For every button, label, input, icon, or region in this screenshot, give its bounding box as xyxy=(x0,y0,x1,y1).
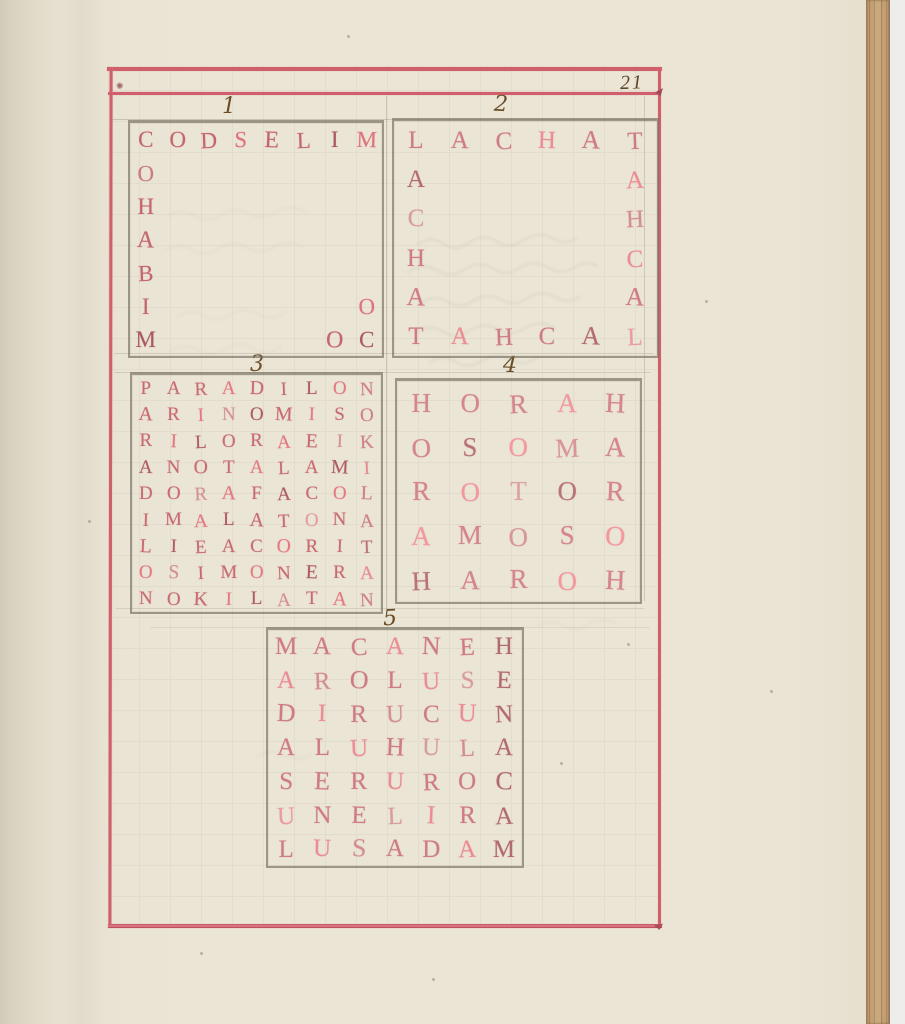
grid-cell: R xyxy=(304,664,342,699)
grid-cell: H xyxy=(525,120,570,160)
grid-cell: I xyxy=(319,123,351,156)
grid-cell: M xyxy=(130,323,162,356)
grid-cell: N xyxy=(132,586,160,612)
grid-cell xyxy=(256,323,288,356)
grid-cell: A xyxy=(187,507,216,534)
grid-cell: T xyxy=(215,454,243,480)
grid-cell xyxy=(286,222,320,258)
grid-cell: A xyxy=(589,423,641,471)
grid-cell: H xyxy=(589,379,641,427)
grid-cell: R xyxy=(397,469,446,513)
grid-cell: A xyxy=(270,481,299,508)
grid-cell: O xyxy=(161,123,193,157)
grid-cell: A xyxy=(392,276,439,319)
grid-cell: R xyxy=(493,381,543,427)
grid-cell xyxy=(481,278,526,319)
grid-cell: O xyxy=(350,290,383,324)
grid-cell: A xyxy=(215,533,243,560)
grid-cell: L xyxy=(287,123,320,157)
page-number: 21 xyxy=(600,71,645,96)
grid-cell: S xyxy=(326,401,354,427)
grid-cell: I xyxy=(215,585,243,612)
grid-cell: E xyxy=(303,763,342,800)
grid-cell: A xyxy=(131,400,161,429)
grid-cell xyxy=(481,160,526,201)
scan-background-margin xyxy=(890,0,905,1024)
grid-cell: C xyxy=(481,121,526,162)
grid-cell xyxy=(161,190,194,224)
magic-square-4: HORAHOSOMAROTORAMOSOHAROH xyxy=(395,378,642,604)
grid-cell: F xyxy=(243,480,271,506)
grid-cell: A xyxy=(242,506,272,535)
grid-cell: O xyxy=(493,514,543,560)
grid-cell xyxy=(350,222,382,256)
grid-cell: O xyxy=(445,469,495,515)
grid-cell: R xyxy=(589,467,641,515)
grid-cell: O xyxy=(159,585,187,612)
grid-cell: O xyxy=(396,425,446,471)
grid-cell: L xyxy=(394,121,438,160)
grid-cell xyxy=(192,255,226,291)
grid-cell: A xyxy=(376,832,413,867)
grid-cell: I xyxy=(187,402,216,429)
grid-cell: L xyxy=(352,479,382,508)
grid-cell: H xyxy=(396,558,446,604)
grid-cell: R xyxy=(243,428,271,454)
grid-cell: O xyxy=(186,453,216,482)
grid-cell: C xyxy=(340,630,378,665)
grid-cell xyxy=(481,239,526,280)
grid-cell: S xyxy=(268,765,304,799)
grid-cell xyxy=(161,222,193,256)
grid-cell: N xyxy=(304,799,340,833)
grid-cell: N xyxy=(353,375,382,402)
grid-cell: A xyxy=(129,222,163,258)
grid-cell: N xyxy=(412,629,451,666)
grid-cell: A xyxy=(376,629,413,664)
paper-speck xyxy=(432,978,435,981)
grid-cell: P xyxy=(132,375,160,401)
grid-cell: U xyxy=(448,696,487,733)
grid-cell: U xyxy=(376,698,414,733)
grid-cell: C xyxy=(413,697,449,731)
grid-cell: D xyxy=(132,480,160,506)
paper-speck xyxy=(705,300,708,303)
grid-cell: R xyxy=(413,765,451,800)
grid-cell: U xyxy=(304,832,341,867)
grid-cell: O xyxy=(589,512,641,560)
grid-cell: S xyxy=(339,831,378,868)
grid-cell: T xyxy=(612,121,657,162)
grid-cell: R xyxy=(341,697,377,731)
grid-cell: H xyxy=(397,381,446,425)
magic-square-5: MACANEHAROLUSEDIRUCUNALUHULASERUROCUNELI… xyxy=(266,627,524,868)
paper-speck xyxy=(560,762,563,765)
grid-cell: M xyxy=(446,514,495,558)
grid-cell: C xyxy=(612,239,657,280)
pencil-guideline xyxy=(386,96,387,618)
grid-cell xyxy=(318,155,352,191)
grid-cell: T xyxy=(353,533,382,560)
grid-cell: E xyxy=(340,798,377,833)
grid-cell xyxy=(192,323,225,357)
grid-cell: O xyxy=(269,532,299,561)
grid-cell: U xyxy=(340,731,378,766)
frame-bottom-rule xyxy=(108,924,662,928)
grid-cell: M xyxy=(350,123,382,157)
grid-cell: D xyxy=(192,123,225,157)
grid-cell xyxy=(524,158,571,201)
grid-cell: O xyxy=(325,375,353,402)
grid-cell xyxy=(350,156,382,190)
grid-cell xyxy=(224,322,256,356)
grid-cell: E xyxy=(449,630,487,665)
paper-speck xyxy=(200,952,203,955)
grid-cell: R xyxy=(341,765,377,799)
grid-cell: K xyxy=(186,585,216,614)
grid-cell xyxy=(319,289,351,322)
grid-cell: I xyxy=(130,289,162,322)
grid-cell: T xyxy=(494,469,543,513)
paper-speck xyxy=(627,643,630,646)
book-fore-edge xyxy=(866,0,890,1024)
grid-cell xyxy=(160,321,194,357)
grid-cell: O xyxy=(353,402,382,429)
grid-cell xyxy=(287,156,319,190)
manuscript-page: ✺ 21 1 2 3 4 5 CODSELIMOHABIOMOC LACHATA… xyxy=(0,0,868,1024)
grid-cell: A xyxy=(268,663,305,698)
pen-flick-mark: ✺ xyxy=(116,83,122,89)
grid-cell: I xyxy=(325,427,353,454)
grid-cell xyxy=(224,157,257,191)
grid-cell: O xyxy=(132,559,160,586)
grid-cell xyxy=(223,188,257,224)
grid-cell: C xyxy=(350,322,382,356)
grid-cell: I xyxy=(159,533,187,560)
grid-cell xyxy=(193,289,225,322)
grid-cell xyxy=(287,189,319,223)
grid-cell xyxy=(255,288,289,324)
grid-cell: H xyxy=(375,730,414,767)
grid-cell: A xyxy=(542,380,592,426)
grid-cell: I xyxy=(298,401,326,428)
grid-cell: O xyxy=(318,321,352,357)
grid-cell xyxy=(525,277,570,317)
grid-cell: L xyxy=(131,532,161,561)
grid-cell: E xyxy=(297,427,327,456)
grid-cell: S xyxy=(159,558,189,587)
grid-cell: A xyxy=(394,160,438,199)
figure-label-1: 1 xyxy=(222,94,236,119)
paper-speck xyxy=(770,690,773,693)
grid-cell: A xyxy=(396,513,446,559)
grid-cell: O xyxy=(242,401,270,428)
grid-cell: H xyxy=(486,630,522,664)
grid-cell: M xyxy=(268,630,304,664)
grid-cell: K xyxy=(353,428,382,455)
grid-cell: E xyxy=(255,122,289,158)
grid-cell: L xyxy=(376,799,414,834)
grid-cell: I xyxy=(132,506,160,533)
grid-cell: E xyxy=(297,558,327,587)
grid-cell: R xyxy=(132,428,160,454)
grid-cell: R xyxy=(187,481,216,508)
grid-cell: A xyxy=(568,315,615,358)
grid-cell: O xyxy=(325,480,353,507)
grid-cell: L xyxy=(377,664,413,698)
grid-cell: L xyxy=(243,586,271,612)
magic-square-3: PARADILONARINOMISORILORAEIKANOTALAMIDORA… xyxy=(130,372,383,614)
grid-cell: O xyxy=(449,764,486,799)
grid-cell xyxy=(569,199,613,238)
grid-cell: H xyxy=(130,190,162,223)
grid-cell: R xyxy=(298,533,326,559)
grid-cell: U xyxy=(267,799,305,834)
grid-cell: M xyxy=(486,832,522,866)
grid-cell: A xyxy=(242,454,270,481)
grid-cell: S xyxy=(224,123,256,157)
grid-cell xyxy=(287,323,320,357)
grid-cell: L xyxy=(449,731,487,766)
grid-cell: A xyxy=(268,731,305,766)
grid-cell: O xyxy=(215,427,243,454)
grid-cell: A xyxy=(485,799,523,834)
grid-cell: M xyxy=(542,425,592,471)
grid-cell: I xyxy=(187,560,216,587)
grid-cell xyxy=(287,289,319,323)
grid-cell: N xyxy=(160,454,188,480)
grid-cell: M xyxy=(160,507,188,533)
grid-cell: H xyxy=(589,556,641,604)
grid-cell: A xyxy=(215,375,243,402)
grid-cell: O xyxy=(129,157,162,191)
grid-cell: I xyxy=(412,797,451,834)
grid-cell: L xyxy=(612,317,657,358)
grid-cell xyxy=(319,190,351,223)
paper-speck xyxy=(88,520,91,523)
grid-cell: E xyxy=(485,663,522,698)
grid-cell xyxy=(436,237,483,280)
grid-cell xyxy=(161,290,194,324)
grid-cell: A xyxy=(214,479,244,508)
grid-cell: S xyxy=(543,514,592,558)
grid-cell: A xyxy=(437,316,482,356)
grid-cell: L xyxy=(304,731,340,765)
grid-cell: N xyxy=(353,586,382,613)
grid-cell: I xyxy=(159,427,189,456)
grid-cell: A xyxy=(485,731,522,766)
grid-cell xyxy=(224,289,256,323)
grid-cell xyxy=(256,156,288,189)
grid-cell: C xyxy=(484,763,523,800)
grid-cell xyxy=(437,199,482,239)
grid-cell: H xyxy=(394,239,438,278)
grid-cell: A xyxy=(437,120,482,160)
grid-cell xyxy=(224,222,256,256)
grid-cell: A xyxy=(353,507,382,534)
grid-cell: T xyxy=(270,507,299,534)
grid-cell: O xyxy=(542,469,592,515)
grid-cell: H xyxy=(481,317,526,358)
grid-cell: C xyxy=(525,316,570,356)
grid-cell: I xyxy=(304,697,341,732)
grid-cell: A xyxy=(298,454,326,481)
grid-cell: O xyxy=(445,380,495,426)
grid-cell: C xyxy=(394,199,438,238)
grid-cell: L xyxy=(270,454,299,481)
grid-cell xyxy=(287,256,319,290)
grid-cell: A xyxy=(353,560,382,587)
grid-cell xyxy=(224,257,257,291)
grid-cell xyxy=(525,238,570,278)
grid-cell: I xyxy=(353,454,382,481)
grid-cell: O xyxy=(298,506,326,533)
grid-cell xyxy=(525,199,570,239)
grid-cell xyxy=(437,277,482,317)
grid-cell: A xyxy=(611,276,658,319)
grid-cell: O xyxy=(494,425,544,471)
grid-cell xyxy=(569,160,613,199)
grid-cell: T xyxy=(394,317,438,356)
grid-cell: O xyxy=(339,662,378,699)
grid-cell xyxy=(161,256,193,290)
grid-cell: C xyxy=(243,533,271,559)
figure-label-2: 2 xyxy=(493,92,508,118)
grid-cell xyxy=(193,156,225,189)
grid-cell: D xyxy=(267,696,306,733)
grid-cell: A xyxy=(304,630,341,665)
grid-cell xyxy=(480,198,527,241)
grid-cell xyxy=(350,190,383,224)
grid-cell: S xyxy=(449,664,485,698)
grid-cell: A xyxy=(325,585,355,614)
grid-cell: N xyxy=(485,698,523,733)
grid-cell: R xyxy=(494,558,543,602)
grid-cell: L xyxy=(187,428,216,455)
grid-cell: I xyxy=(325,533,353,560)
frame-header-rule xyxy=(108,92,661,95)
grid-cell xyxy=(255,190,288,224)
grid-cell: A xyxy=(270,428,299,455)
grid-cell: C xyxy=(130,123,162,156)
grid-cell xyxy=(256,223,288,256)
grid-cell: H xyxy=(612,200,657,241)
grid-cell: R xyxy=(326,559,354,585)
grid-cell: B xyxy=(129,257,162,291)
paper-speck xyxy=(347,35,350,38)
magic-square-1: CODSELIMOHABIOMOC xyxy=(128,120,384,358)
grid-cell: R xyxy=(187,375,216,402)
magic-square-2: LACHATAACHHCAATAHCAL xyxy=(392,118,659,358)
grid-cell: N xyxy=(326,507,354,533)
grid-cell: C xyxy=(298,480,326,506)
grid-cell xyxy=(437,160,482,200)
grid-cell: U xyxy=(413,731,450,766)
grid-cell: D xyxy=(413,832,449,866)
grid-cell: T xyxy=(298,586,326,612)
grid-cell: A xyxy=(568,119,615,162)
grid-cell: N xyxy=(215,401,243,427)
grid-cell xyxy=(569,239,613,278)
grid-cell xyxy=(319,223,351,256)
grid-cell: O xyxy=(159,480,187,507)
grid-cell xyxy=(318,257,351,291)
grid-cell: M xyxy=(269,400,299,429)
grid-cell: N xyxy=(270,560,299,587)
grid-cell: U xyxy=(413,664,451,699)
manuscript-scan: ✺ 21 1 2 3 4 5 CODSELIMOHABIOMOC LACHATA… xyxy=(0,0,905,1024)
grid-cell: A xyxy=(159,375,187,402)
grid-cell: I xyxy=(270,375,299,402)
grid-cell xyxy=(160,155,194,191)
grid-cell xyxy=(192,223,225,257)
grid-cell: O xyxy=(542,558,592,604)
grid-cell xyxy=(349,255,383,291)
frame-top-rule xyxy=(107,67,662,71)
grid-cell: A xyxy=(270,586,299,613)
grid-cell: L xyxy=(268,832,304,866)
grid-cell: E xyxy=(187,533,216,560)
grid-cell: M xyxy=(215,559,243,585)
grid-cell: A xyxy=(449,833,487,868)
grid-cell: D xyxy=(242,374,272,403)
grid-cell: L xyxy=(215,507,243,533)
grid-cell: R xyxy=(449,799,485,833)
grid-cell: S xyxy=(446,425,495,469)
grid-cell: A xyxy=(445,557,495,603)
grid-cell: A xyxy=(132,454,160,481)
grid-cell xyxy=(193,190,225,223)
grid-cell xyxy=(569,278,613,317)
grid-cell: M xyxy=(325,453,355,482)
grid-cell: R xyxy=(160,401,188,427)
grid-cell xyxy=(256,256,288,289)
grid-cell: L xyxy=(298,375,326,401)
grid-cell: O xyxy=(242,559,270,586)
grid-cell: A xyxy=(612,160,657,201)
grid-cell: U xyxy=(376,764,413,799)
